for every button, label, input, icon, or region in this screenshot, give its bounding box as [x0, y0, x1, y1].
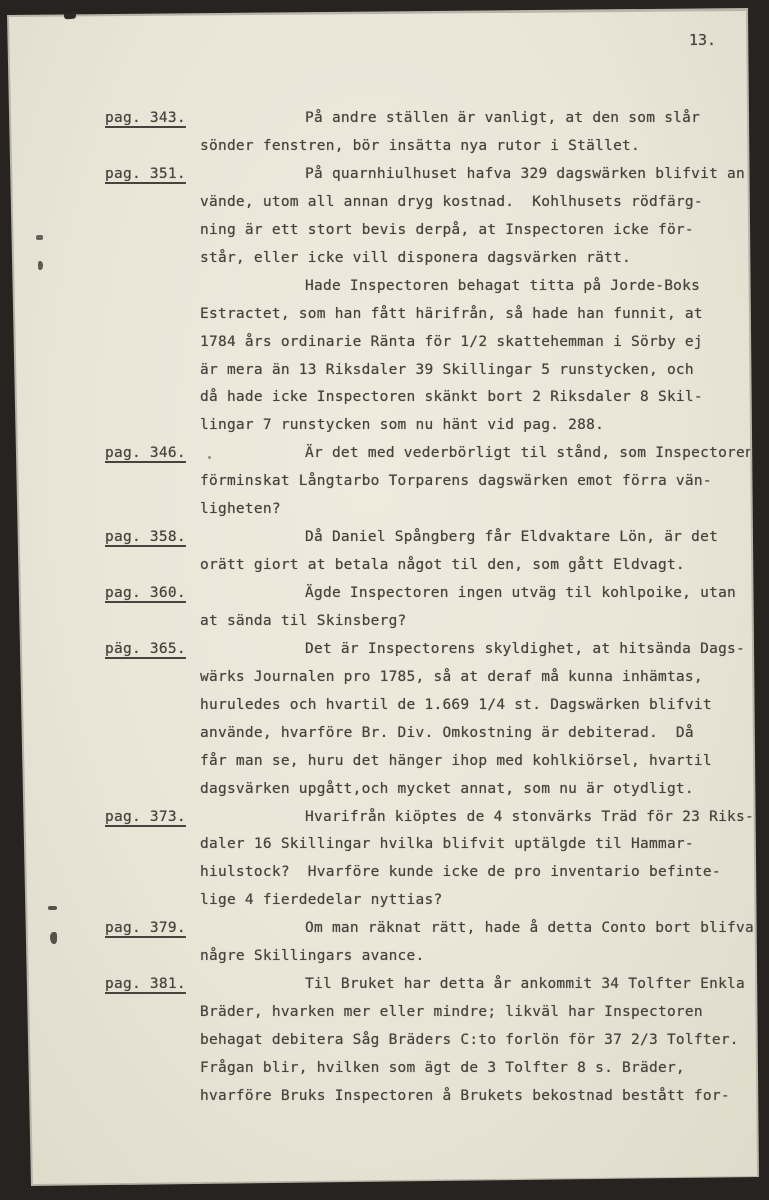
paper-sheet: 13. pag. 343.På andre ställen är vanligt… — [0, 0, 769, 1200]
text-line: På andre ställen är vanligt, at den som … — [305, 104, 700, 132]
text-line: Til Bruket har detta år ankommit 34 Tolf… — [305, 970, 745, 998]
text-line: På quarnhiulhuset hafva 329 dagswärken b… — [305, 160, 754, 188]
scanned-document-stage: 13. pag. 343.På andre ställen är vanligt… — [0, 0, 769, 1200]
text-line: Ägde Inspectoren ingen utväg til kohlpoi… — [305, 579, 736, 607]
text-line: Bräder, hvarken mer eller mindre; likväl… — [200, 998, 703, 1026]
text-line: hvarföre Bruks Inspectoren å Brukets bek… — [200, 1082, 730, 1110]
text-line: lige 4 fierdedelar nyttias? — [200, 886, 442, 914]
text-block: pag. 343.På andre ställen är vanligt, at… — [0, 0, 769, 1200]
text-line: är mera än 13 Riksdaler 39 Skillingar 5 … — [200, 356, 694, 384]
text-line: Är det med vederbörligt til stånd, som I… — [305, 439, 754, 467]
pag-label: pag. 360. — [105, 579, 186, 607]
text-line: daler 16 Skillingar hvilka blifvit uptäl… — [200, 830, 694, 858]
text-line: Hvarifrån kiöptes de 4 stonvärks Träd fö… — [305, 803, 754, 831]
text-line: wärks Journalen pro 1785, så at deraf må… — [200, 663, 703, 691]
text-line: orätt giort at betala något til den, som… — [200, 551, 685, 579]
text-line: ning är ett stort bevis derpå, at Inspec… — [200, 216, 694, 244]
text-line: at sända til Skinsberg? — [200, 607, 407, 635]
text-line: Estractet, som han fått härifrån, så had… — [200, 300, 703, 328]
text-line: Frågan blir, hvilken som ägt de 3 Tolfte… — [200, 1054, 685, 1082]
ink-mark — [48, 906, 57, 910]
text-line: behagat debitera Såg Bräders C:to forlön… — [200, 1026, 739, 1054]
text-line: dagsvärken upgått,och mycket annat, som … — [200, 775, 694, 803]
paper-notch — [64, 13, 76, 20]
text-line: Hade Inspectoren behagat titta på Jorde-… — [305, 272, 700, 300]
text-line: då hade icke Inspectoren skänkt bort 2 R… — [200, 383, 703, 411]
text-line: ligheten? — [200, 495, 281, 523]
text-line: Det är Inspectorens skyldighet, at hitsä… — [305, 635, 745, 663]
pag-label: pag. 379. — [105, 914, 186, 942]
text-line: får man se, huru det hänger ihop med koh… — [200, 747, 712, 775]
text-line: 1784 års ordinarie Ränta för 1/2 skatteh… — [200, 328, 703, 356]
text-line: någre Skillingars avance. — [200, 942, 425, 970]
text-line: sönder fenstren, bör insätta nya rutor i… — [200, 132, 640, 160]
text-line: hiulstock? Hvarföre kunde icke de pro in… — [200, 858, 721, 886]
pag-label: pag. 351. — [105, 160, 186, 188]
pag-label: päg. 365. — [105, 635, 186, 663]
text-line: förminskat Långtarbo Torparens dagswärke… — [200, 467, 712, 495]
ink-mark — [36, 235, 43, 240]
pag-label: pag. 381. — [105, 970, 186, 998]
text-line: använde, hvarföre Br. Div. Omkostning är… — [200, 719, 694, 747]
ink-mark — [208, 456, 211, 459]
text-line: står, eller icke vill disponera dagsvärk… — [200, 244, 631, 272]
text-line: Då Daniel Spångberg får Eldvaktare Lön, … — [305, 523, 718, 551]
pag-label: pag. 343. — [105, 104, 186, 132]
ink-mark — [50, 932, 57, 944]
pag-label: pag. 346. — [105, 439, 186, 467]
text-line: lingar 7 runstycken som nu hänt vid pag.… — [200, 411, 604, 439]
text-line: huruledes och hvartil de 1.669 1/4 st. D… — [200, 691, 712, 719]
pag-label: pag. 358. — [105, 523, 186, 551]
pag-label: pag. 373. — [105, 803, 186, 831]
text-line: vände, utom all annan dryg kostnad. Kohl… — [200, 188, 703, 216]
text-line: Om man räknat rätt, hade å detta Conto b… — [305, 914, 754, 942]
ink-mark — [38, 261, 43, 270]
